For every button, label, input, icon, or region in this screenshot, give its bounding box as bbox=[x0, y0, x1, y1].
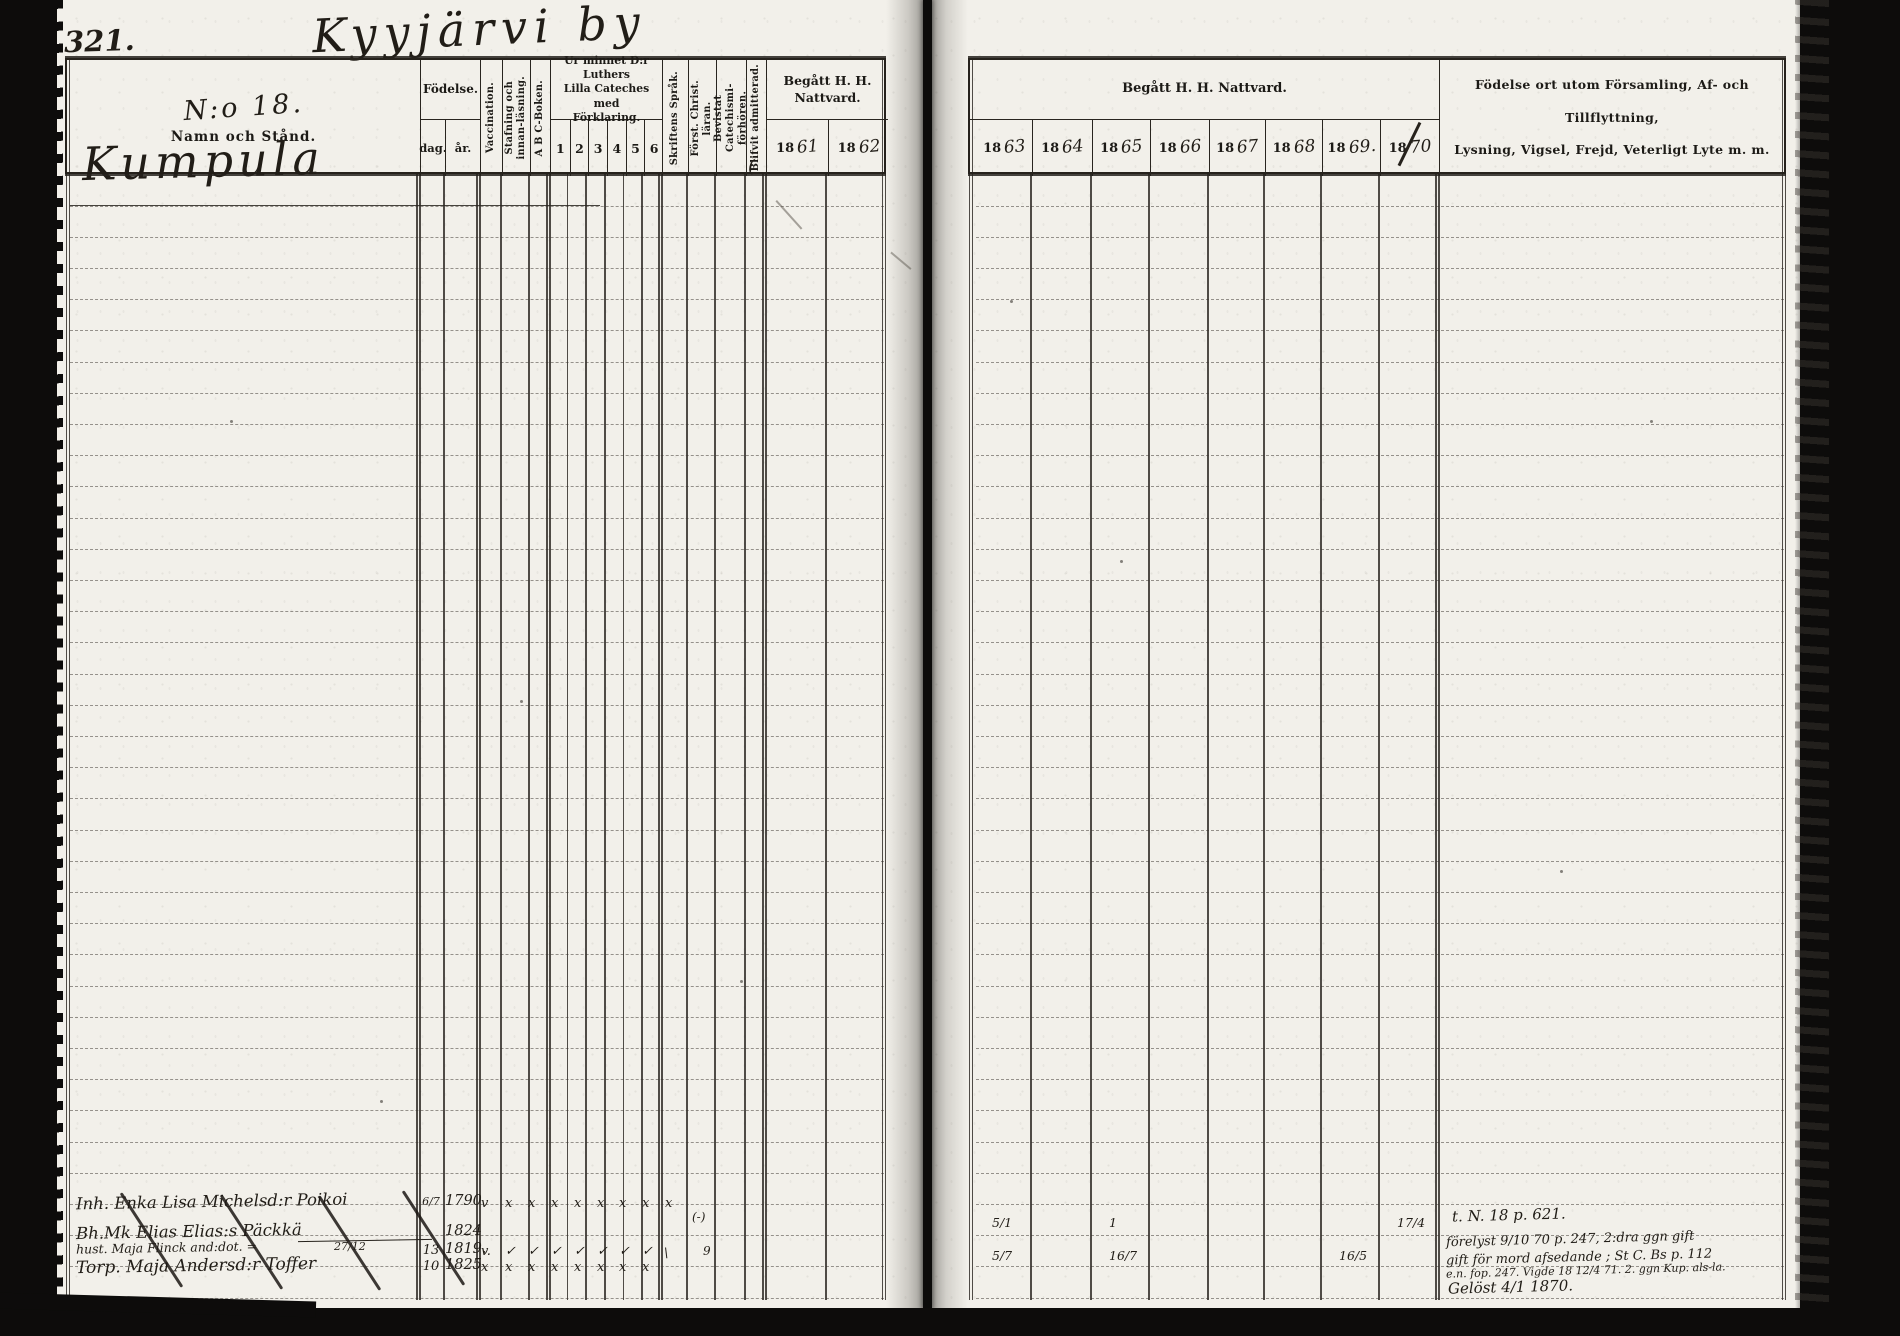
communion-mark: 5/1 bbox=[992, 1215, 1012, 1230]
ability-mark: x bbox=[597, 1196, 604, 1211]
rule-line bbox=[976, 330, 1784, 331]
ability-mark: x bbox=[619, 1260, 626, 1275]
ability-mark: ✓ bbox=[642, 1244, 653, 1259]
rule-line bbox=[70, 736, 884, 737]
stray-mark: 27/12 bbox=[334, 1240, 366, 1253]
ability-mark: x bbox=[642, 1196, 649, 1211]
grid-hline bbox=[968, 56, 1786, 58]
communion-mark: 17/4 bbox=[1397, 1215, 1425, 1230]
ability-mark: ✓ bbox=[597, 1244, 608, 1259]
rule-line bbox=[976, 1142, 1784, 1143]
grid-vline bbox=[479, 174, 481, 1300]
rule-line bbox=[70, 362, 884, 363]
grid-vline bbox=[69, 58, 71, 1300]
grid-vline bbox=[549, 174, 551, 1300]
rule-line bbox=[70, 299, 884, 300]
grid-vline bbox=[1378, 174, 1380, 1300]
grid-vline bbox=[661, 174, 663, 1300]
rule-line bbox=[70, 1017, 884, 1018]
rule-line bbox=[976, 1017, 1784, 1018]
note-line: Gelöst 4/1 1870. bbox=[1448, 1276, 1573, 1297]
rule-line bbox=[70, 330, 884, 331]
grid-vline bbox=[443, 174, 445, 1300]
communion-mark: 16/5 bbox=[1339, 1248, 1367, 1263]
grid-vline bbox=[1207, 174, 1209, 1300]
rule-line bbox=[976, 1298, 1784, 1299]
rule-line bbox=[976, 705, 1784, 706]
grid-vline bbox=[686, 174, 688, 1300]
grid-hline bbox=[70, 205, 600, 206]
rule-line bbox=[976, 642, 1784, 643]
ability-mark: x bbox=[597, 1260, 604, 1275]
ability-mark: x bbox=[619, 1196, 626, 1211]
ability-mark: x bbox=[528, 1196, 535, 1211]
rule-line bbox=[976, 486, 1784, 487]
grid-vline bbox=[969, 58, 971, 1300]
scan-edge-right bbox=[1795, 0, 1900, 1336]
grid-vline bbox=[1782, 58, 1784, 1300]
ability-mark: x bbox=[505, 1196, 512, 1211]
rule-line bbox=[976, 986, 1784, 987]
rule-line bbox=[976, 393, 1784, 394]
grid-vline bbox=[604, 174, 606, 1300]
stray-mark: ( bbox=[748, 156, 755, 177]
entry-birth-day: 6/7 bbox=[418, 1195, 444, 1208]
grid-vline bbox=[585, 174, 587, 1300]
rule-line bbox=[976, 923, 1784, 924]
rule-line bbox=[976, 1079, 1784, 1080]
grid-vline bbox=[416, 174, 418, 1300]
grid-vline bbox=[1263, 174, 1265, 1300]
rule-line bbox=[70, 1048, 884, 1049]
ability-mark: x bbox=[481, 1260, 488, 1275]
gutter-shade-left bbox=[886, 0, 923, 1308]
grid-vline bbox=[641, 174, 643, 1300]
rule-line bbox=[976, 518, 1784, 519]
scan-edge-bottom bbox=[0, 1308, 1900, 1336]
stray-mark: \ bbox=[664, 1246, 668, 1261]
grid-vline bbox=[500, 174, 502, 1300]
rule-line bbox=[976, 362, 1784, 363]
rule-line bbox=[70, 1142, 884, 1143]
entry-name: hust. Maja Flinck and:dot. = bbox=[76, 1238, 257, 1256]
note-line: t. N. 18 p. 621. bbox=[1452, 1205, 1566, 1226]
stray-mark: 9 bbox=[703, 1244, 711, 1258]
ability-mark: x bbox=[528, 1260, 535, 1275]
grid-vline bbox=[623, 174, 625, 1300]
rule-line bbox=[70, 986, 884, 987]
rule-line bbox=[976, 954, 1784, 955]
entry-name: Torp. Maja Andersd:r Toffer bbox=[76, 1254, 316, 1278]
rule-line bbox=[70, 393, 884, 394]
rule-line bbox=[70, 642, 884, 643]
rule-line bbox=[70, 954, 884, 955]
grid-vline bbox=[419, 174, 421, 1300]
rule-line bbox=[976, 549, 1784, 550]
rule-line bbox=[976, 736, 1784, 737]
year-1870-strike bbox=[1398, 122, 1421, 166]
dust-speck bbox=[1650, 420, 1653, 423]
book-fold-line bbox=[923, 0, 932, 1308]
grid-vline bbox=[972, 58, 974, 1300]
ability-mark: x bbox=[505, 1260, 512, 1275]
ability-mark: ✓ bbox=[574, 1244, 585, 1259]
grid-vline bbox=[546, 174, 548, 1300]
grid-vline bbox=[1785, 58, 1787, 1300]
grid-vline bbox=[476, 174, 478, 1300]
rule-line bbox=[70, 892, 884, 893]
dust-speck bbox=[520, 700, 523, 703]
rule-line bbox=[70, 1173, 884, 1174]
ability-mark: v. bbox=[481, 1244, 491, 1259]
ability-mark: x bbox=[551, 1196, 558, 1211]
rule-line bbox=[976, 798, 1784, 799]
rule-line bbox=[976, 268, 1784, 269]
grid-hline bbox=[65, 56, 886, 58]
rule-line bbox=[976, 861, 1784, 862]
rule-line bbox=[976, 611, 1784, 612]
grid-vline bbox=[882, 58, 884, 1300]
rule-line bbox=[976, 580, 1784, 581]
rule-line bbox=[976, 424, 1784, 425]
entry-birth-year: 1790 bbox=[445, 1193, 482, 1209]
ability-mark: ✓ bbox=[619, 1244, 630, 1259]
rule-line bbox=[70, 705, 884, 706]
rule-line bbox=[976, 455, 1784, 456]
rule-line bbox=[70, 1110, 884, 1111]
rule-line bbox=[976, 206, 1784, 207]
grid-vline bbox=[1438, 174, 1440, 1300]
grid-vline bbox=[658, 174, 660, 1300]
ability-mark: ✓ bbox=[551, 1244, 562, 1259]
grid-vline bbox=[1320, 174, 1322, 1300]
grid-vline bbox=[762, 174, 764, 1300]
rule-line bbox=[976, 1048, 1784, 1049]
grid-vline bbox=[1148, 174, 1150, 1300]
dust-speck bbox=[1010, 300, 1013, 303]
rule-line bbox=[976, 1204, 1784, 1205]
rule-line bbox=[70, 486, 884, 487]
rule-line bbox=[976, 674, 1784, 675]
communion-mark: 1 bbox=[1109, 1215, 1117, 1230]
dust-speck bbox=[380, 1100, 383, 1103]
dust-speck bbox=[1120, 560, 1123, 563]
grid-vline bbox=[714, 174, 716, 1300]
rule-line bbox=[976, 767, 1784, 768]
dust-speck bbox=[740, 980, 743, 983]
ability-mark: x bbox=[642, 1260, 649, 1275]
rule-line bbox=[70, 923, 884, 924]
rule-line bbox=[70, 611, 884, 612]
scanned-parish-register: 321. Kyyjärvi by N:o 18. Namn och Stånd.… bbox=[0, 0, 1900, 1336]
rule-line bbox=[976, 237, 1784, 238]
gutter-shade-right bbox=[932, 0, 968, 1308]
rule-line bbox=[976, 892, 1784, 893]
communion-mark: 5/7 bbox=[992, 1248, 1012, 1263]
ability-mark: x bbox=[665, 1196, 672, 1211]
grid-vline bbox=[1030, 174, 1032, 1300]
grid-vline bbox=[528, 174, 530, 1300]
dust-speck bbox=[230, 420, 233, 423]
rule-line bbox=[70, 798, 884, 799]
ability-mark: x bbox=[574, 1196, 581, 1211]
grid-vline bbox=[825, 174, 827, 1300]
entry-birth-year: 1824 bbox=[445, 1223, 482, 1239]
stray-mark: (-) bbox=[692, 1210, 705, 1224]
entry-name: Inh. Enka Lisa Michelsd:r Poikoi bbox=[76, 1190, 348, 1214]
rule-line bbox=[70, 268, 884, 269]
rule-line bbox=[70, 1079, 884, 1080]
ability-mark: ✓ bbox=[528, 1244, 539, 1259]
rule-line bbox=[70, 424, 884, 425]
rule-line bbox=[976, 1173, 1784, 1174]
grid-vline bbox=[66, 58, 68, 1300]
rule-line bbox=[70, 767, 884, 768]
rule-line bbox=[976, 299, 1784, 300]
rule-line bbox=[70, 861, 884, 862]
rule-line bbox=[70, 237, 884, 238]
entry-birth-day: 10 bbox=[418, 1259, 444, 1274]
grid-vline bbox=[1090, 174, 1092, 1300]
grid-vline bbox=[744, 174, 746, 1300]
rule-line bbox=[70, 580, 884, 581]
rule-line bbox=[70, 549, 884, 550]
communion-mark: 16/7 bbox=[1109, 1248, 1137, 1263]
rule-line bbox=[70, 674, 884, 675]
ability-mark: v bbox=[481, 1196, 488, 1211]
grid-vline bbox=[567, 174, 569, 1300]
rule-line bbox=[976, 830, 1784, 831]
ability-mark: x bbox=[574, 1260, 581, 1275]
grid-vline bbox=[765, 174, 767, 1300]
rule-line bbox=[976, 1110, 1784, 1111]
rule-line bbox=[70, 455, 884, 456]
scan-edge-left bbox=[0, 0, 57, 1336]
rule-line bbox=[70, 830, 884, 831]
ability-mark: x bbox=[551, 1260, 558, 1275]
dust-speck bbox=[1560, 870, 1563, 873]
ability-mark: ✓ bbox=[505, 1244, 516, 1259]
grid-vline bbox=[1435, 174, 1437, 1300]
rule-line bbox=[70, 518, 884, 519]
